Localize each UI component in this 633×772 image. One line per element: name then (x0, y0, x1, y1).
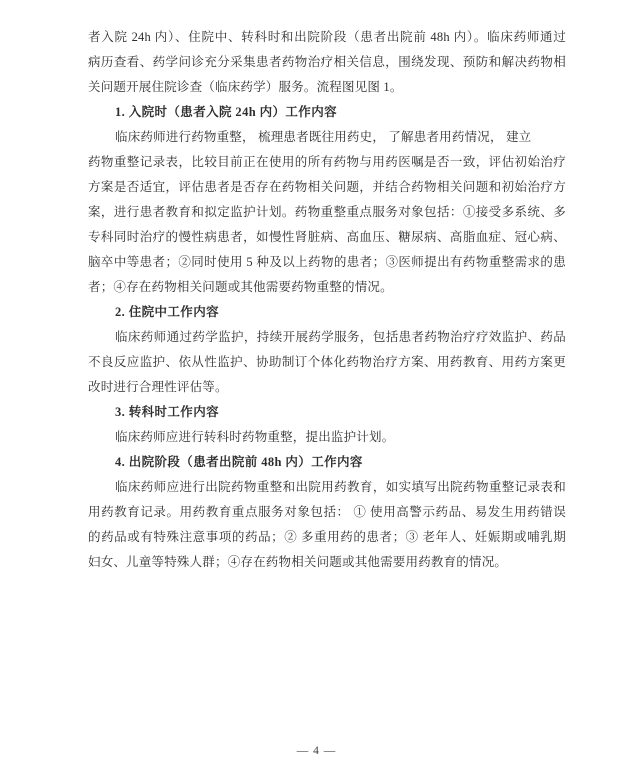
body-text-line: 病历查看、药学问诊充分采集患者药物治疗相关信息，围绕发现、预防和解决药物相 (88, 50, 566, 75)
body-text-line: 临床药师进行药物重整， 梳理患者既往用药史， 了解患者用药情况， 建立 (88, 125, 566, 150)
heading-section-4: 4. 出院阶段（患者出院前 48h 内）工作内容 (88, 450, 566, 475)
document-page: 者入院 24h 内）、住院中、转科时和出院阶段（患者出院前 48h 内）。临床药… (0, 0, 633, 772)
body-text-line: 临床药师通过药学监护，持续开展药学服务，包括患者药物治疗疗效监护、药品 (88, 325, 566, 350)
body-text-line: 方案是否适宜，评估患者是否存在药物相关问题，并结合药物相关问题和初始治疗方 (88, 175, 566, 200)
heading-section-3: 3. 转科时工作内容 (88, 400, 566, 425)
body-text-line: 改时进行合理性评估等。 (88, 375, 566, 400)
body-text-line: 案，进行患者教育和拟定监护计划。药物重整重点服务对象包括：①接受多系统、多 (88, 200, 566, 225)
body-text-line: 妇女、儿童等特殊人群；④存在药物相关问题或其他需要用药教育的情况。 (88, 550, 566, 575)
body-text-line: 者；④存在药物相关问题或其他需要药物重整的情况。 (88, 275, 566, 300)
body-text-line: 药物重整记录表，比较目前正在使用的所有药物与用药医嘱是否一致，评估初始治疗 (88, 150, 566, 175)
body-text-line: 专科同时治疗的慢性病患者，如慢性肾脏病、高血压、糖尿病、高脂血症、冠心病、 (88, 225, 566, 250)
document-body: 者入院 24h 内）、住院中、转科时和出院阶段（患者出院前 48h 内）。临床药… (88, 25, 566, 575)
body-text-line: 关问题开展住院诊查（临床药学）服务。流程图见图 1。 (88, 75, 566, 100)
heading-section-1: 1. 入院时（患者入院 24h 内）工作内容 (88, 100, 566, 125)
page-number: — 4 — (0, 745, 633, 757)
body-text-line: 者入院 24h 内）、住院中、转科时和出院阶段（患者出院前 48h 内）。临床药… (88, 25, 566, 50)
body-text-line: 脑卒中等患者；②同时使用 5 种及以上药物的患者；③医师提出有药物重整需求的患 (88, 250, 566, 275)
body-text-line: 临床药师应进行转科时药物重整，提出监护计划。 (88, 425, 566, 450)
heading-section-2: 2. 住院中工作内容 (88, 300, 566, 325)
body-text-line: 用药教育记录。用药教育重点服务对象包括： ① 使用高警示药品、易发生用药错误 (88, 500, 566, 525)
body-text-line: 临床药师应进行出院药物重整和出院用药教育，如实填写出院药物重整记录表和 (88, 475, 566, 500)
body-text-line: 的药品或有特殊注意事项的药品；② 多重用药的患者；③ 老年人、妊娠期或哺乳期 (88, 525, 566, 550)
body-text-line: 不良反应监护、依从性监护、协助制订个体化药物治疗方案、用药教育、用药方案更 (88, 350, 566, 375)
